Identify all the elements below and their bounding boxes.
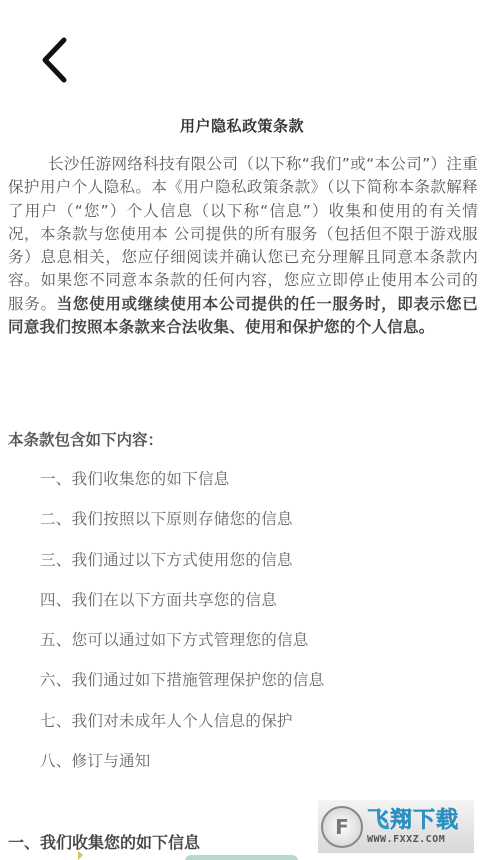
intro-paragraph: 长沙任游网络科技有限公司（以下称“我们”或“本公司”）注重保护用户个人隐私。本《… <box>8 153 478 339</box>
toc-item[interactable]: 一、我们收集您的如下信息 <box>40 468 324 508</box>
chevron-left-icon <box>37 34 73 86</box>
privacy-policy-page: 用户隐私政策条款 长沙任游网络科技有限公司（以下称“我们”或“本公司”）注重保护… <box>0 0 484 860</box>
toc-heading: 本条款包含如下内容： <box>8 428 163 450</box>
watermark-title: 飞翔下载 <box>367 808 459 834</box>
mouse-cursor-icon <box>78 851 83 860</box>
toc-list: 一、我们收集您的如下信息 二、我们按照以下原则存储您的信息 三、我们通过以下方式… <box>40 468 324 790</box>
toc-item[interactable]: 五、您可以通过如下方式管理您的信息 <box>40 629 324 669</box>
intro-bold-text: 当您使用或继续使用本公司提供的任一服务时，即表示您已同意我们按照本条款来合法收集… <box>8 295 478 336</box>
toc-item[interactable]: 四、我们在以下方面共享您的信息 <box>40 589 324 629</box>
intro-text: 长沙任游网络科技有限公司（以下称“我们”或“本公司”）注重保护用户个人隐私。本《… <box>8 155 478 313</box>
toc-item[interactable]: 二、我们按照以下原则存储您的信息 <box>40 508 324 548</box>
toc-item[interactable]: 七、我们对未成年人个人信息的保护 <box>40 710 324 750</box>
watermark-text: 飞翔下载 WWW.FXXZ.COM <box>367 808 459 845</box>
toc-item[interactable]: 六、我们通过如下措施管理保护您的信息 <box>40 669 324 709</box>
section-heading: 一、我们收集您的如下信息 <box>8 830 200 853</box>
watermark-url: WWW.FXXZ.COM <box>367 834 459 845</box>
watermark-logo: F 飞翔下载 WWW.FXXZ.COM <box>318 800 474 853</box>
toc-item[interactable]: 三、我们通过以下方式使用您的信息 <box>40 549 324 589</box>
back-button[interactable] <box>30 30 80 90</box>
partial-button[interactable] <box>185 855 298 860</box>
page-title: 用户隐私政策条款 <box>0 115 484 136</box>
watermark-emblem-icon: F <box>321 806 363 848</box>
toc-item[interactable]: 八、修订与通知 <box>40 750 324 790</box>
